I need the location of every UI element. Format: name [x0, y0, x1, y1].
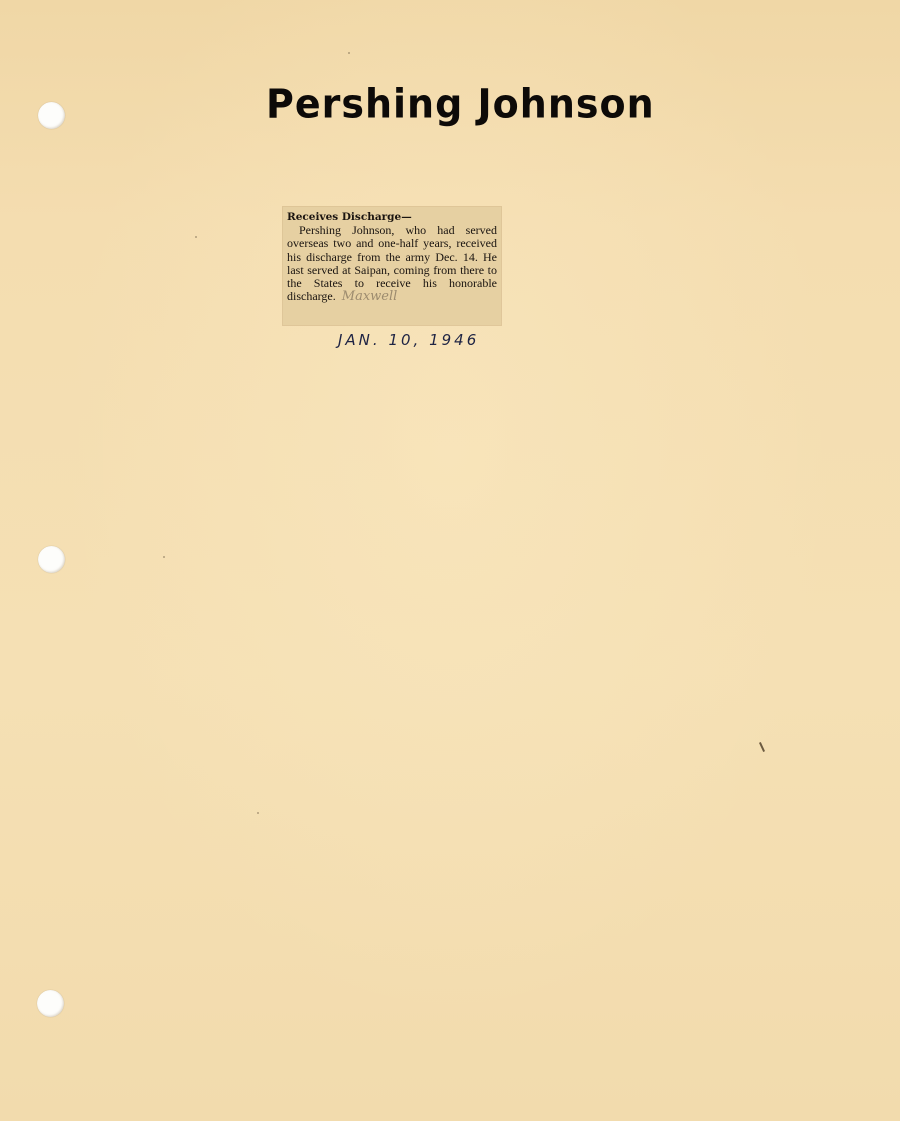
- handwritten-date: JAN. 10, 1946: [338, 331, 479, 349]
- paper-speck: [257, 812, 259, 814]
- paper-speck: [195, 236, 197, 238]
- paper-speck: [348, 52, 350, 54]
- clipping-body: Pershing Johnson, who had served oversea…: [287, 224, 497, 304]
- handwritten-name-title: Pershing Johnson: [266, 81, 666, 127]
- binder-hole-bottom: [37, 990, 64, 1017]
- newspaper-clipping: Receives Discharge— Pershing Johnson, wh…: [283, 207, 501, 325]
- pencil-annotation: Maxwell: [342, 289, 398, 304]
- binder-hole-middle: [38, 546, 65, 573]
- scrapbook-page: Pershing Johnson Receives Discharge— Per…: [0, 0, 900, 1121]
- paper-speck: [163, 556, 165, 558]
- ink-mark: [759, 742, 765, 752]
- binder-hole-top: [38, 102, 65, 129]
